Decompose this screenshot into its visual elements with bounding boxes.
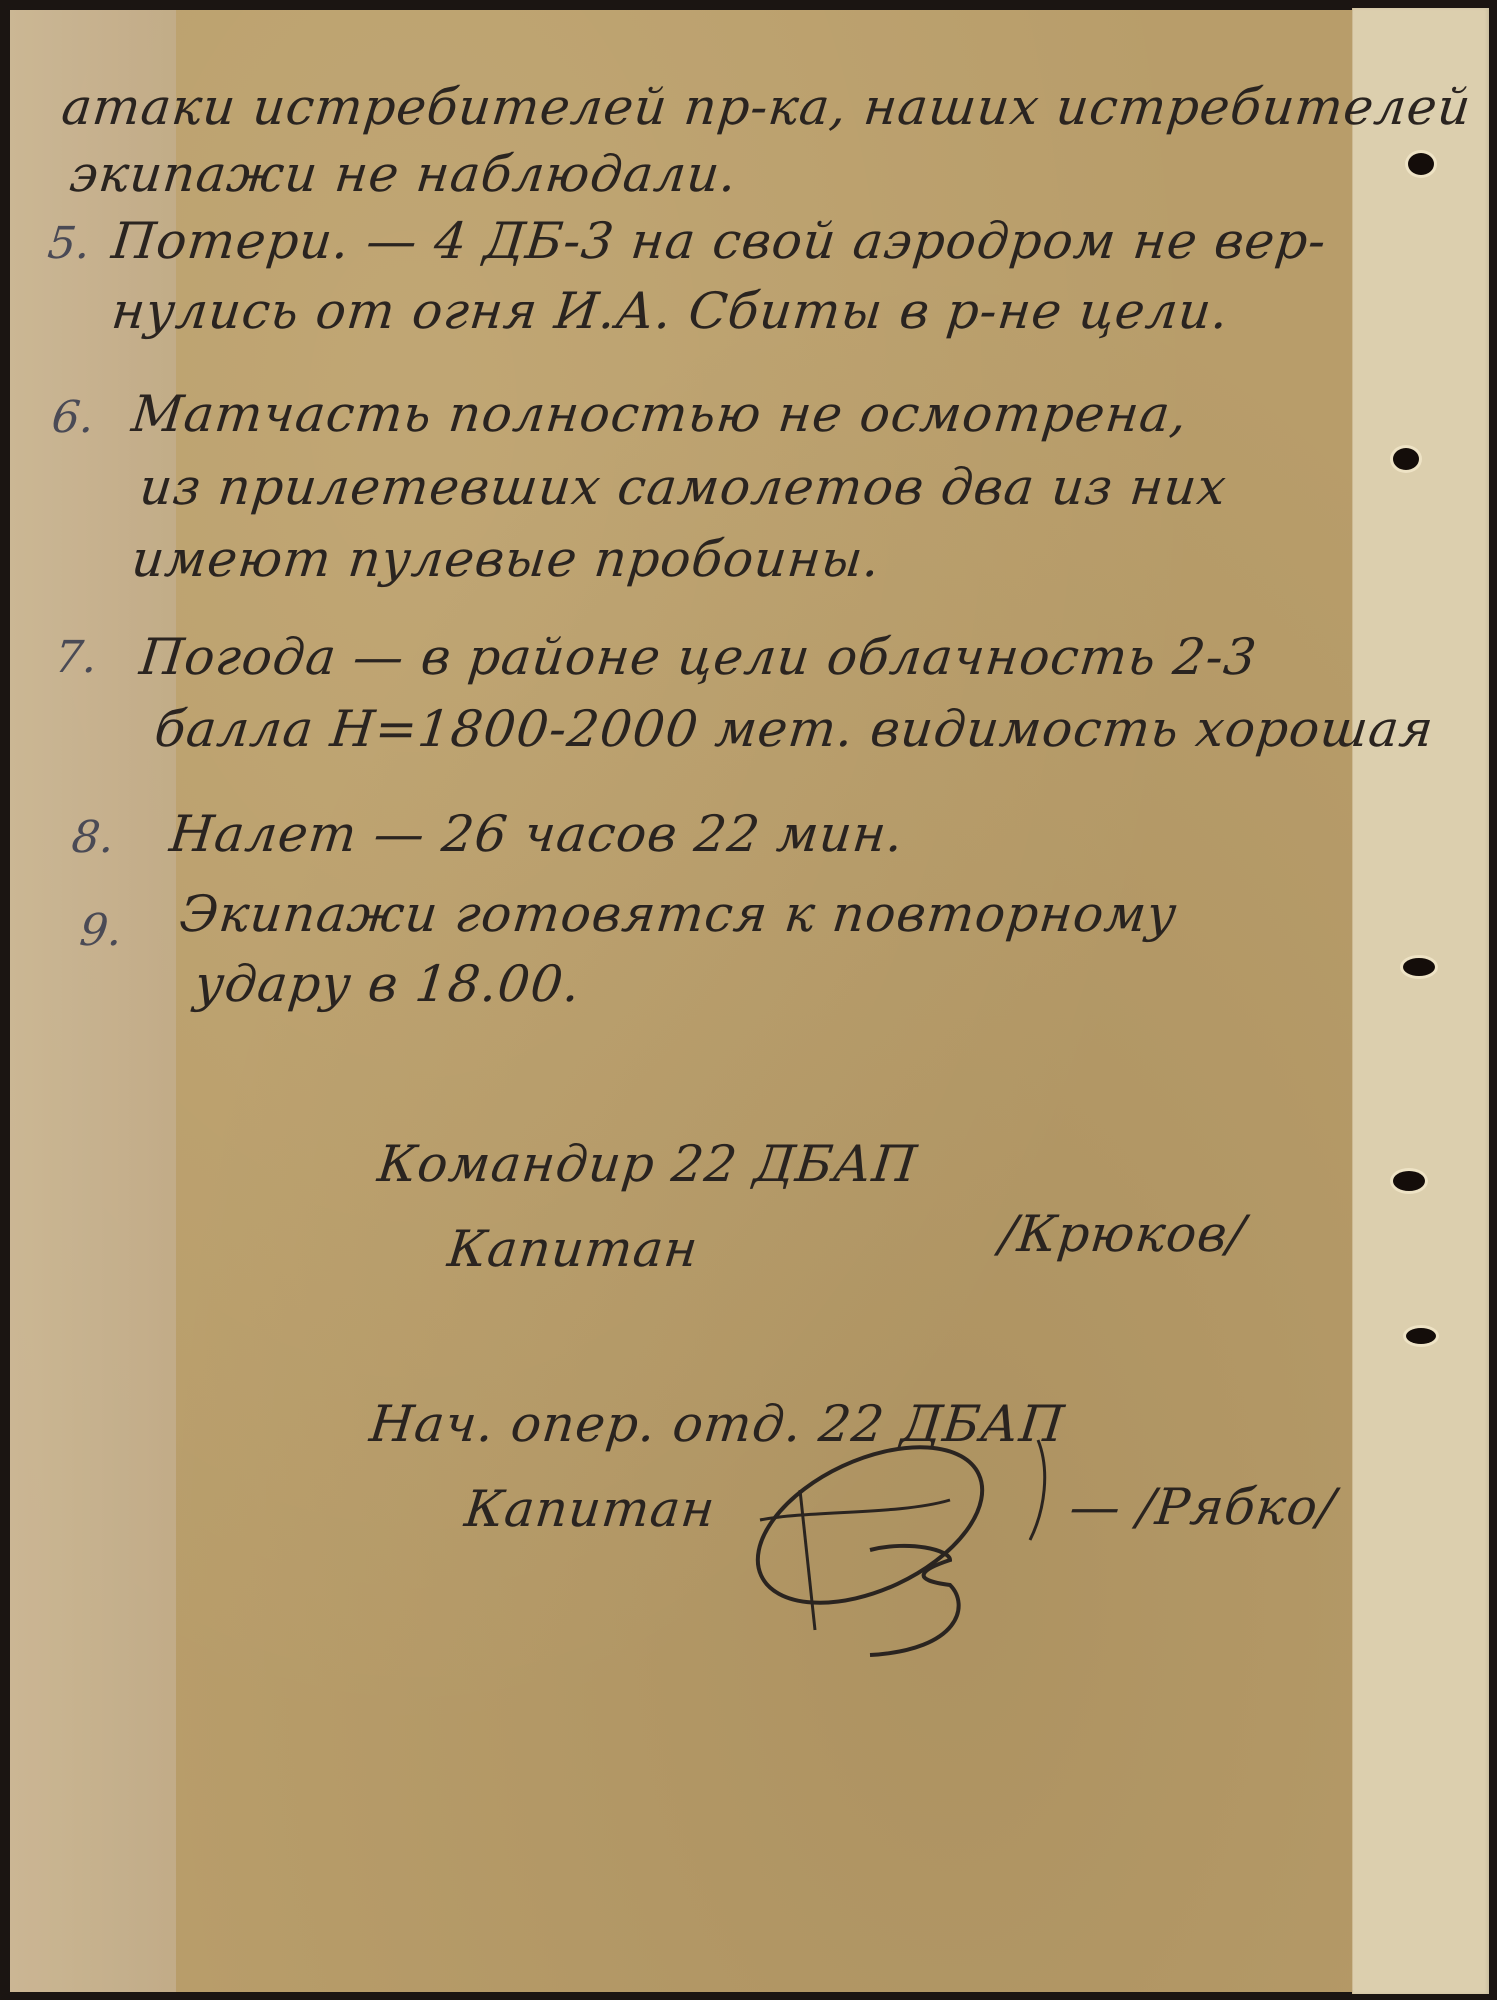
text-line: Экипажи готовятся к повторному [177, 885, 1180, 943]
signatory-1-name: /Крюков/ [997, 1205, 1249, 1263]
item-number: 5. [45, 218, 92, 269]
item-number: 8. [69, 812, 116, 863]
binding-hole-3 [1403, 958, 1435, 976]
signatory-2-rank: Капитан [462, 1480, 718, 1538]
binding-hole-2 [1393, 448, 1419, 470]
signatory-1-position: Командир 22 ДБАП [375, 1135, 920, 1193]
text-line: удару в 18.00. [192, 955, 584, 1013]
text-line: Налет — 26 часов 22 мин. [167, 805, 907, 863]
text-line: имеют пулевые пробоины. [129, 530, 883, 588]
signatory-1-rank: Капитан [445, 1220, 701, 1278]
item-number: 6. [49, 392, 96, 443]
text-line: Потери. — 4 ДБ-3 на свой аэродром не вер… [109, 212, 1329, 270]
binding-strip [1352, 8, 1489, 1994]
text-line: атаки истребителей пр-ка, наших истребит… [59, 78, 1474, 136]
text-line: Матчасть полностью не осмотрена, [129, 385, 1190, 443]
item-number: 7. [52, 632, 99, 683]
text-line: Погода — в районе цели облачность 2-3 [137, 628, 1260, 686]
binding-hole-5 [1406, 1328, 1436, 1344]
signature-scribble [720, 1430, 1100, 1670]
handwritten-report: атаки истребителей пр-ка, наших истребит… [0, 0, 1352, 2000]
text-line: балла Н=1800-2000 мет. видимость хорошая [152, 700, 1437, 758]
text-line: нулись от огня И.А. Сбиты в р-не цели. [109, 282, 1232, 340]
text-line: из прилетевших самолетов два из них [137, 458, 1230, 516]
item-number: 9. [77, 905, 124, 956]
text-line: экипажи не наблюдали. [67, 145, 740, 203]
signatory-2-name: — /Рябко/ [1067, 1478, 1339, 1536]
binding-hole-4 [1393, 1171, 1425, 1191]
binding-hole-1 [1408, 153, 1434, 175]
